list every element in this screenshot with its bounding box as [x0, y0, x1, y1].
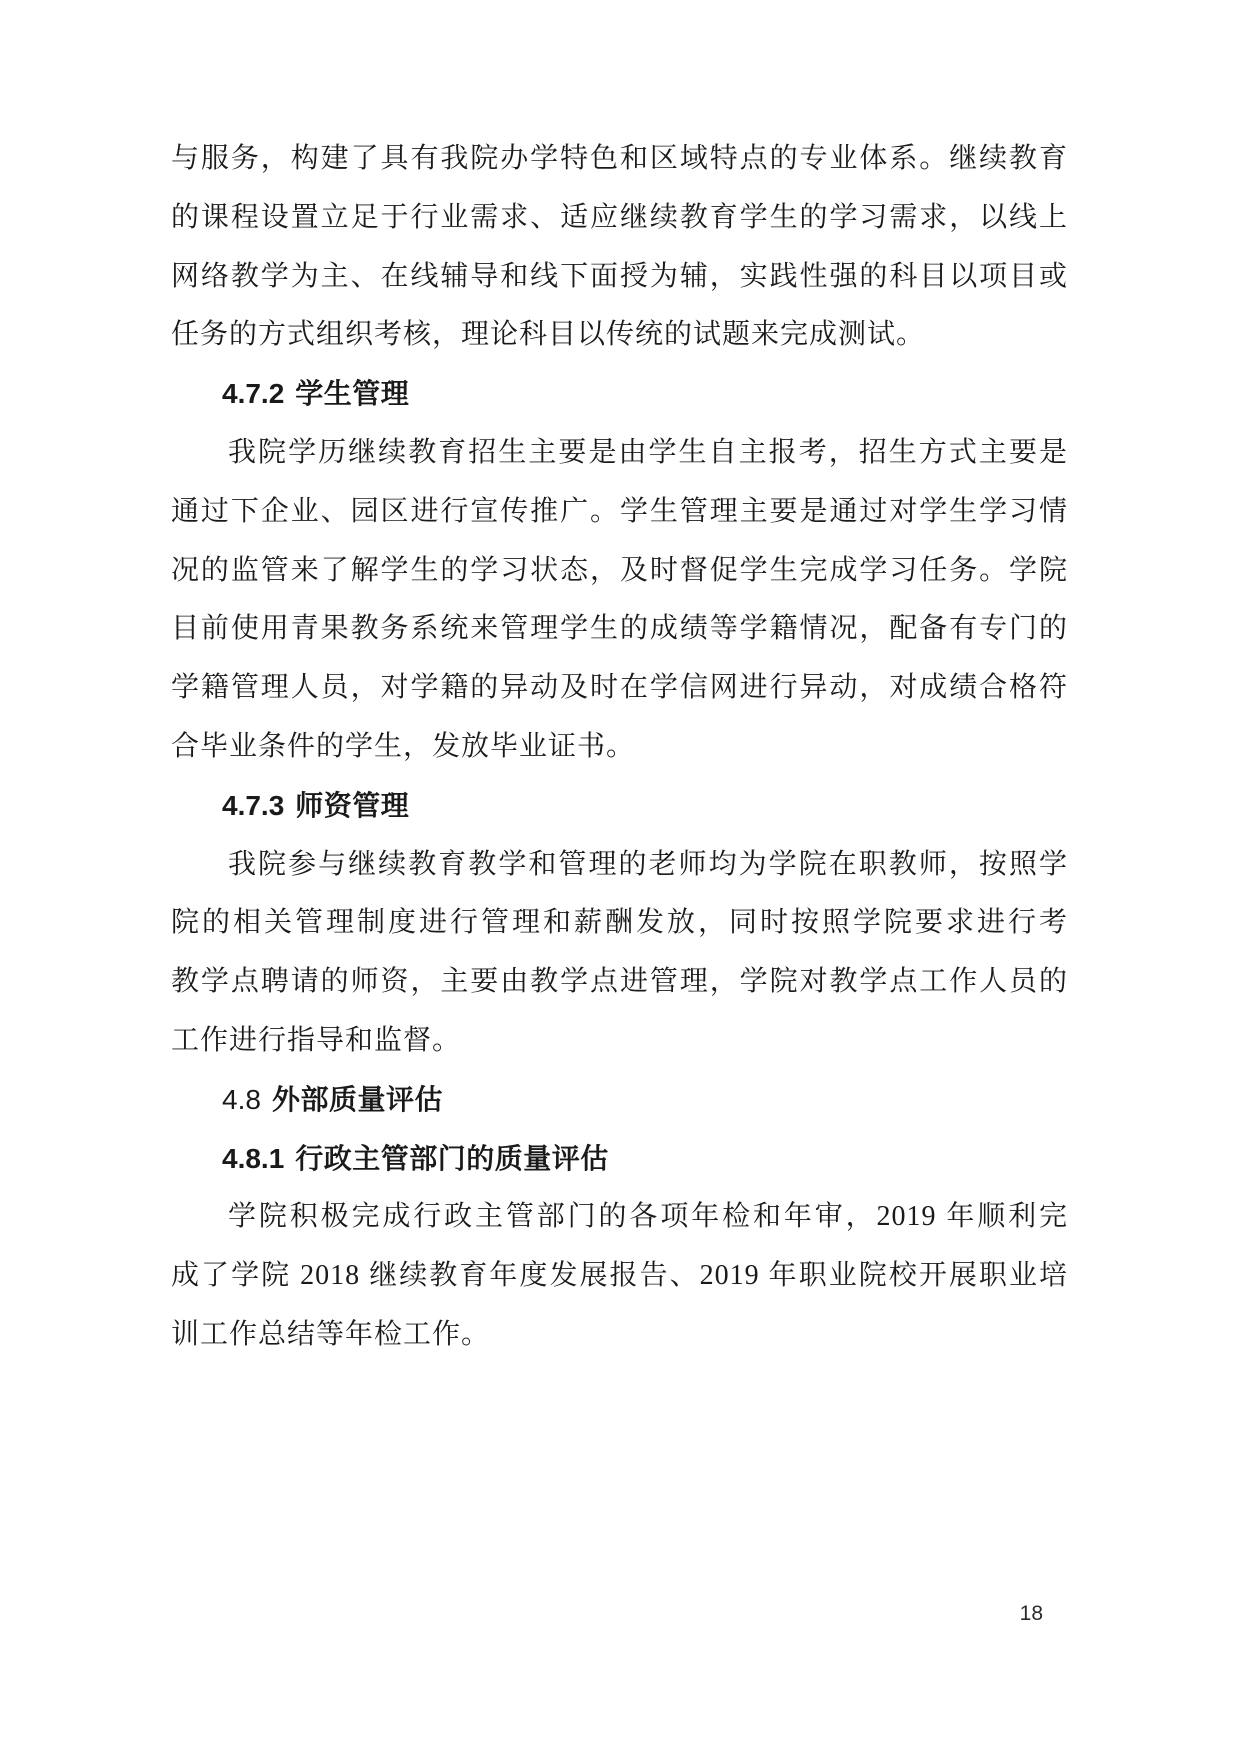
heading-text: 行政主管部门的质量评估	[295, 1143, 609, 1174]
body-line: 合毕业条件的学生，发放毕业证书。	[171, 718, 1068, 777]
heading-number: 4.8.1	[222, 1143, 284, 1174]
heading-number: 4.7.2	[222, 378, 284, 409]
body-line: 目前使用青果教务系统来管理学生的成绩等学籍情况，配备有专门的	[171, 600, 1068, 659]
heading-number: 4.7.3	[222, 790, 284, 821]
document-content: 与服务，构建了具有我院办学特色和区域特点的专业体系。继续教育的课程设置立足于行业…	[171, 130, 1068, 1365]
section-heading: 4.8外部质量评估	[171, 1071, 1068, 1130]
body-line: 况的监管来了解学生的学习状态，及时督促学生完成学习任务。学院	[171, 542, 1068, 601]
body-line: 学院积极完成行政主管部门的各项年检和年审，2019 年顺利完	[171, 1188, 1068, 1247]
section-heading: 4.8.1行政主管部门的质量评估	[171, 1130, 1068, 1189]
body-line: 院的相关管理制度进行管理和薪酬发放，同时按照学院要求进行考核。	[171, 894, 1068, 953]
body-line: 我院参与继续教育教学和管理的老师均为学院在职教师，按照学	[171, 836, 1068, 895]
heading-text: 外部质量评估	[272, 1084, 443, 1115]
body-line: 任务的方式组织考核，理论科目以传统的试题来完成测试。	[171, 306, 1068, 365]
body-line: 教学点聘请的师资，主要由教学点进管理，学院对教学点工作人员的	[171, 953, 1068, 1012]
body-line: 学籍管理人员，对学籍的异动及时在学信网进行异动，对成绩合格符	[171, 659, 1068, 718]
body-line: 工作进行指导和监督。	[171, 1012, 1068, 1071]
section-heading: 4.7.3师资管理	[171, 777, 1068, 836]
body-line: 通过下企业、园区进行宣传推广。学生管理主要是通过对学生学习情	[171, 483, 1068, 542]
body-line: 网络教学为主、在线辅导和线下面授为辅，实践性强的科目以项目或	[171, 248, 1068, 307]
section-heading: 4.7.2学生管理	[171, 365, 1068, 424]
page-number: 18	[1020, 1601, 1043, 1627]
heading-text: 师资管理	[295, 790, 409, 821]
document-page: 与服务，构建了具有我院办学特色和区域特点的专业体系。继续教育的课程设置立足于行业…	[0, 0, 1240, 1754]
body-line: 训工作总结等年检工作。	[171, 1306, 1068, 1365]
body-line: 成了学院 2018 继续教育年度发展报告、2019 年职业院校开展职业培	[171, 1247, 1068, 1306]
body-line: 与服务，构建了具有我院办学特色和区域特点的专业体系。继续教育	[171, 130, 1068, 189]
heading-number: 4.8	[222, 1084, 261, 1115]
heading-text: 学生管理	[295, 378, 409, 409]
body-line: 的课程设置立足于行业需求、适应继续教育学生的学习需求，以线上	[171, 189, 1068, 248]
body-line: 我院学历继续教育招生主要是由学生自主报考，招生方式主要是	[171, 424, 1068, 483]
